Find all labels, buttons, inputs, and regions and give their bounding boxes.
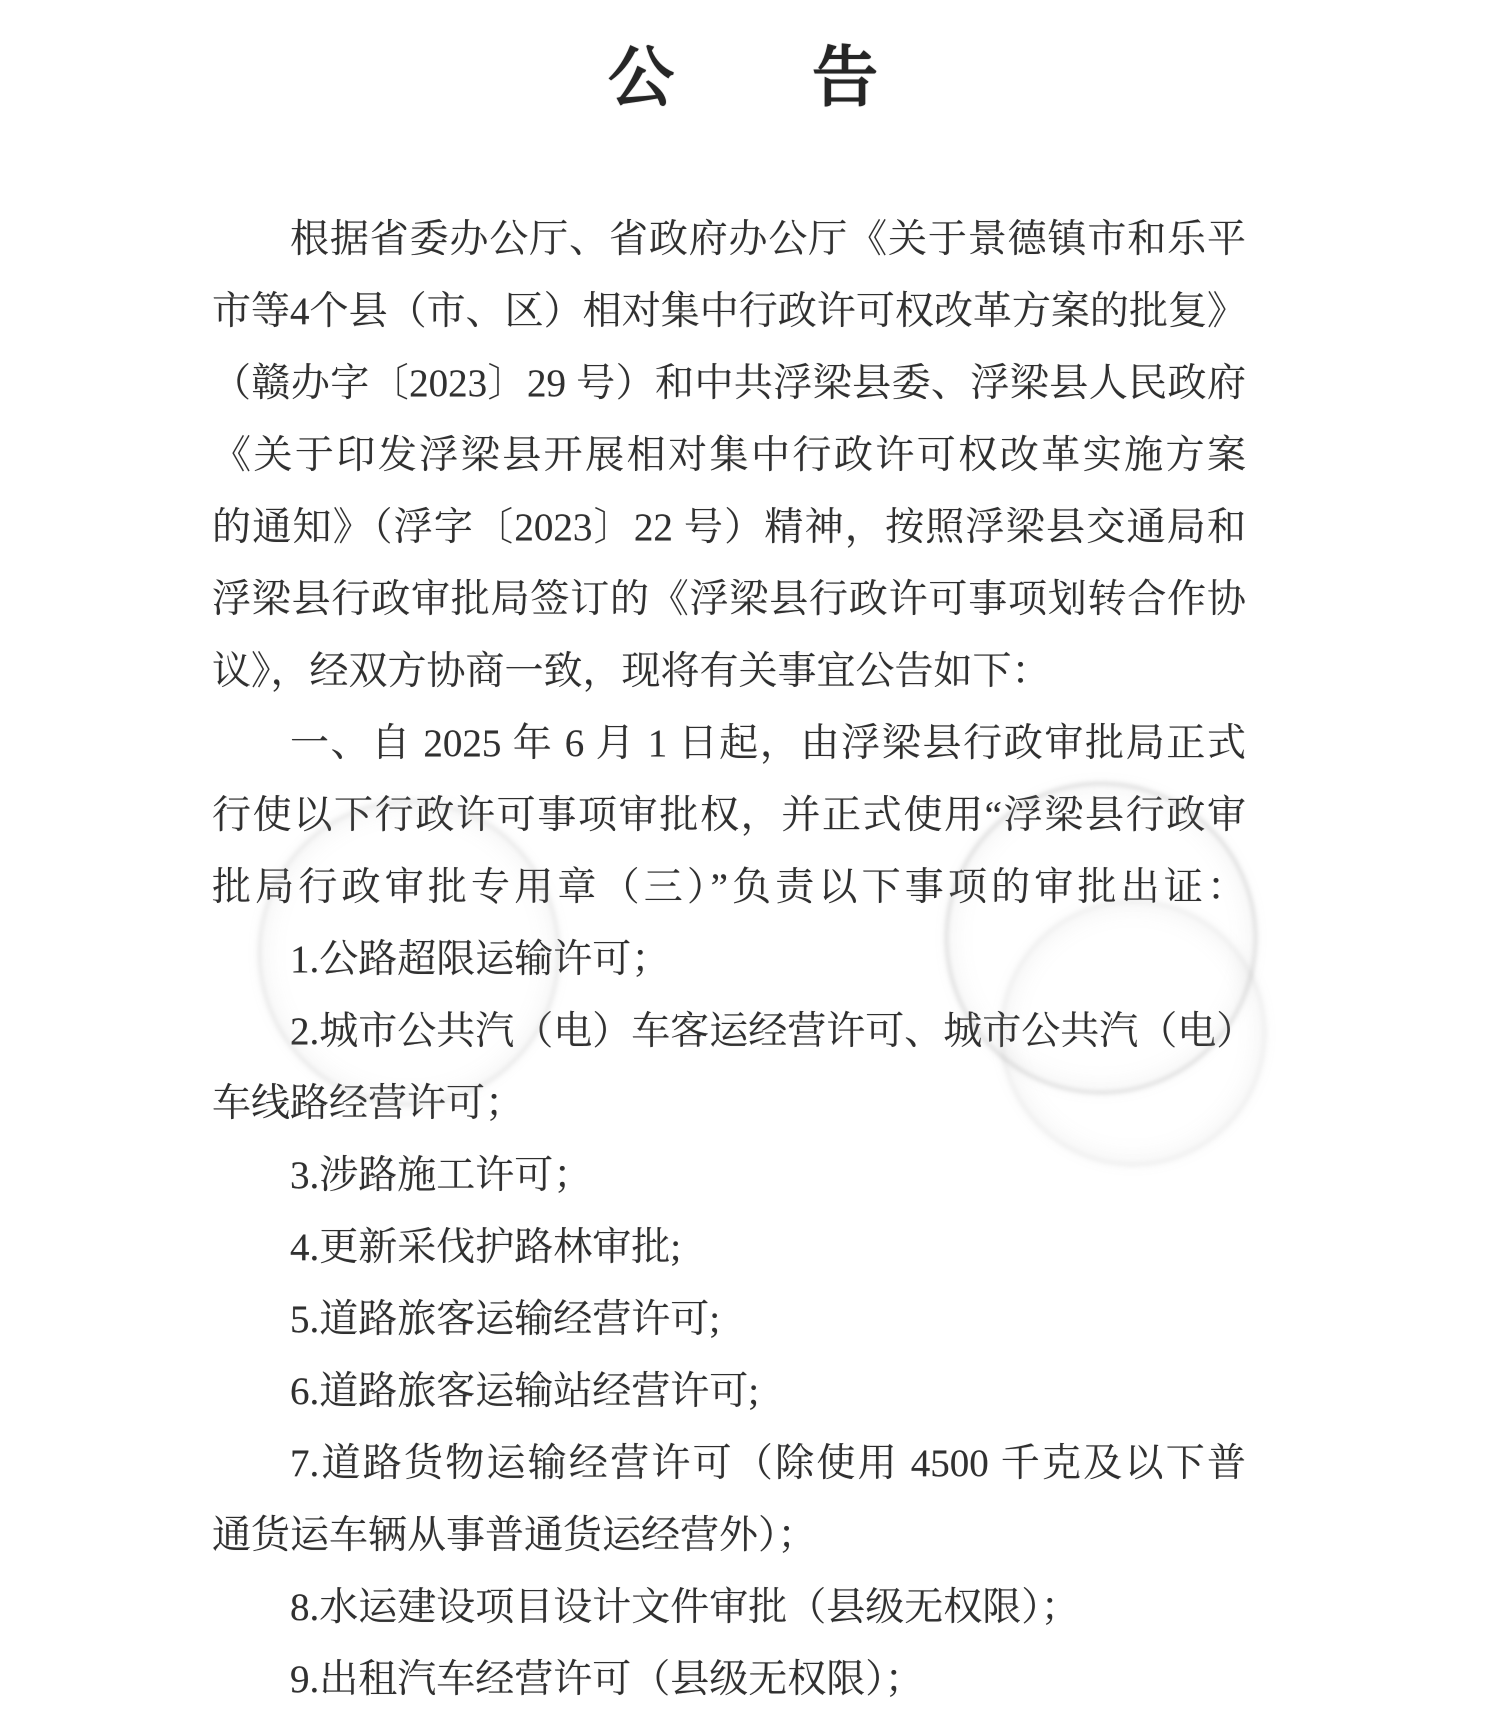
doc-line: （赣办字〔2023〕29 号）和中共浮梁县委、浮梁县人民政府 [212,348,1246,420]
doc-list-item: 6.道路旅客运输站经营许可; [212,1356,1246,1428]
doc-list-item: 7.道路货物运输经营许可（除使用 4500 千克及以下普 [212,1428,1246,1500]
announcement-page: 公 告 根据省委办公厅、省政府办公厅《关于景德镇市和乐平 市等4个县（市、区）相… [0,0,1488,1731]
doc-list-item: 8.水运建设项目设计文件审批（县级无权限）； [212,1572,1246,1644]
doc-list-item: 5.道路旅客运输经营许可; [212,1284,1246,1356]
doc-line: 批局行政审批专用章（三）”负责以下事项的审批出证： [212,852,1246,924]
doc-line: 市等4个县（市、区）相对集中行政许可权改革方案的批复》 [212,276,1246,348]
doc-list-item: 9.出租汽车经营许可（县级无权限）； [212,1644,1246,1716]
doc-line: 议》，经双方协商一致，现将有关事宜公告如下： [212,636,1246,708]
doc-list-item: 2.城市公共汽（电）车客运经营许可、城市公共汽（电） [212,996,1246,1068]
doc-line: 根据省委办公厅、省政府办公厅《关于景德镇市和乐平 [212,204,1246,276]
doc-line: 浮梁县行政审批局签订的《浮梁县行政许可事项划转合作协 [212,564,1246,636]
doc-list-item: 4.更新采伐护路林审批; [212,1212,1246,1284]
doc-list-item: 1.公路超限运输许可； [212,924,1246,996]
page-title: 公 告 [0,24,1488,119]
announcement-body: 根据省委办公厅、省政府办公厅《关于景德镇市和乐平 市等4个县（市、区）相对集中行… [212,204,1246,1716]
doc-line: 一、自 2025 年 6 月 1 日起，由浮梁县行政审批局正式 [212,708,1246,780]
doc-line: 行使以下行政许可事项审批权，并正式使用“浮梁县行政审 [212,780,1246,852]
doc-list-item: 车线路经营许可； [212,1068,1246,1140]
doc-list-item: 3.涉路施工许可； [212,1140,1246,1212]
doc-line: 的通知》（浮字〔2023〕22 号）精神，按照浮梁县交通局和 [212,492,1246,564]
doc-list-item: 通货运车辆从事普通货运经营外）； [212,1500,1246,1572]
doc-line: 《关于印发浮梁县开展相对集中行政许可权改革实施方案 [212,420,1246,492]
